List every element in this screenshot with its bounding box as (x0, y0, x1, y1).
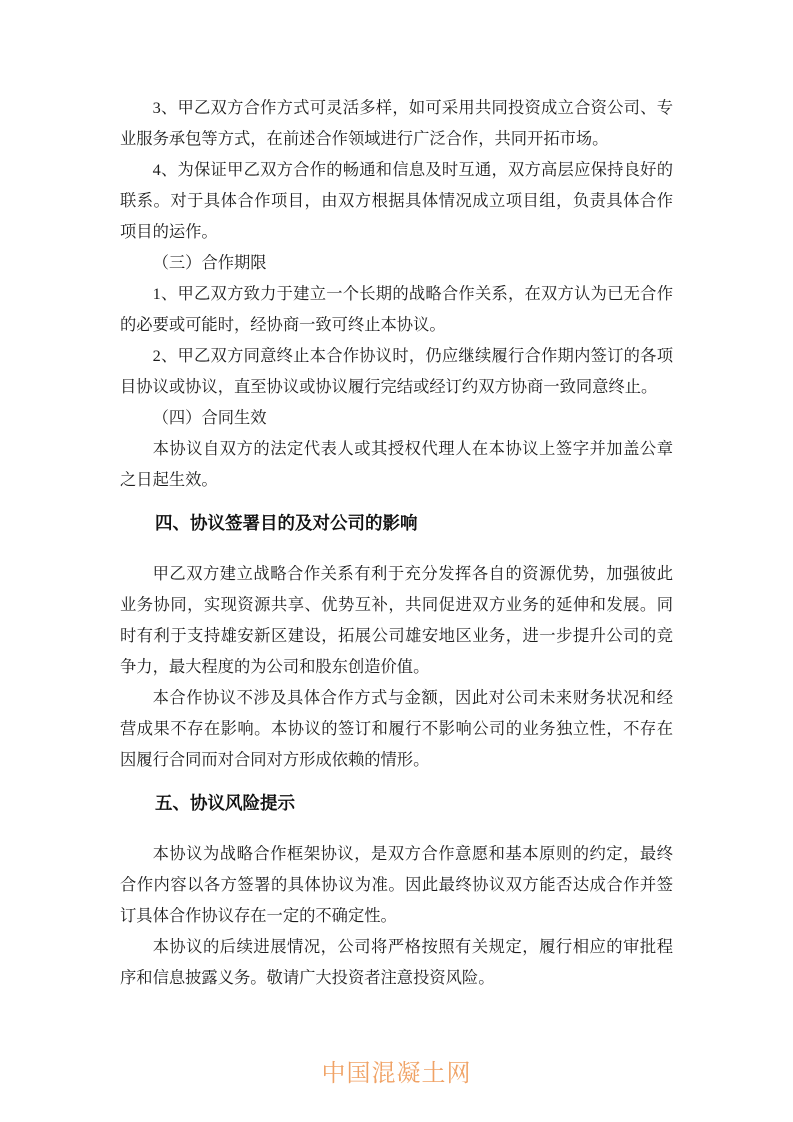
subsection-contract-effect: （四）合同生效 (120, 402, 673, 433)
paragraph-item-4: 4、为保证甲乙双方合作的畅通和信息及时互通，双方高层应保持良好的联系。对于具体合… (120, 154, 673, 247)
paragraph-impact: 本合作协议不涉及具体合作方式与金额，因此对公司未来财务状况和经营成果不存在影响。… (120, 682, 673, 775)
paragraph-item-3: 3、甲乙双方合作方式可灵活多样，如可采用共同投资成立合资公司、专业服务承包等方式… (120, 92, 673, 154)
paragraph-term-1: 1、甲乙双方致力于建立一个长期的战略合作关系，在双方认为已无合作的必要或可能时，… (120, 278, 673, 340)
document-body: 3、甲乙双方合作方式可灵活多样，如可采用共同投资成立合资公司、专业服务承包等方式… (120, 92, 673, 993)
subsection-cooperation-term: （三）合作期限 (120, 247, 673, 278)
paragraph-risk-1: 本协议为战略合作框架协议，是双方合作意愿和基本原则的约定，最终合作内容以各方签署… (120, 838, 673, 931)
document-page: 3、甲乙双方合作方式可灵活多样，如可采用共同投资成立合资公司、专业服务承包等方式… (0, 0, 793, 1122)
paragraph-purpose: 甲乙双方建立战略合作关系有利于充分发挥各自的资源优势，加强彼此业务协同，实现资源… (120, 558, 673, 682)
paragraph-risk-2: 本协议的后续进展情况，公司将严格按照有关规定，履行相应的审批程序和信息披露义务。… (120, 931, 673, 993)
watermark-site-name: 中国混凝土网 (0, 1059, 793, 1089)
paragraph-term-2: 2、甲乙双方同意终止本合作协议时，仍应继续履行合作期内签订的各项目协议或协议，直… (120, 340, 673, 402)
paragraph-effectiveness: 本协议自双方的法定代表人或其授权代理人在本协议上签字并加盖公章之日起生效。 (120, 433, 673, 495)
section-heading-risk-notice: 五、协议风险提示 (120, 788, 673, 819)
section-heading-purpose-impact: 四、协议签署目的及对公司的影响 (120, 508, 673, 539)
